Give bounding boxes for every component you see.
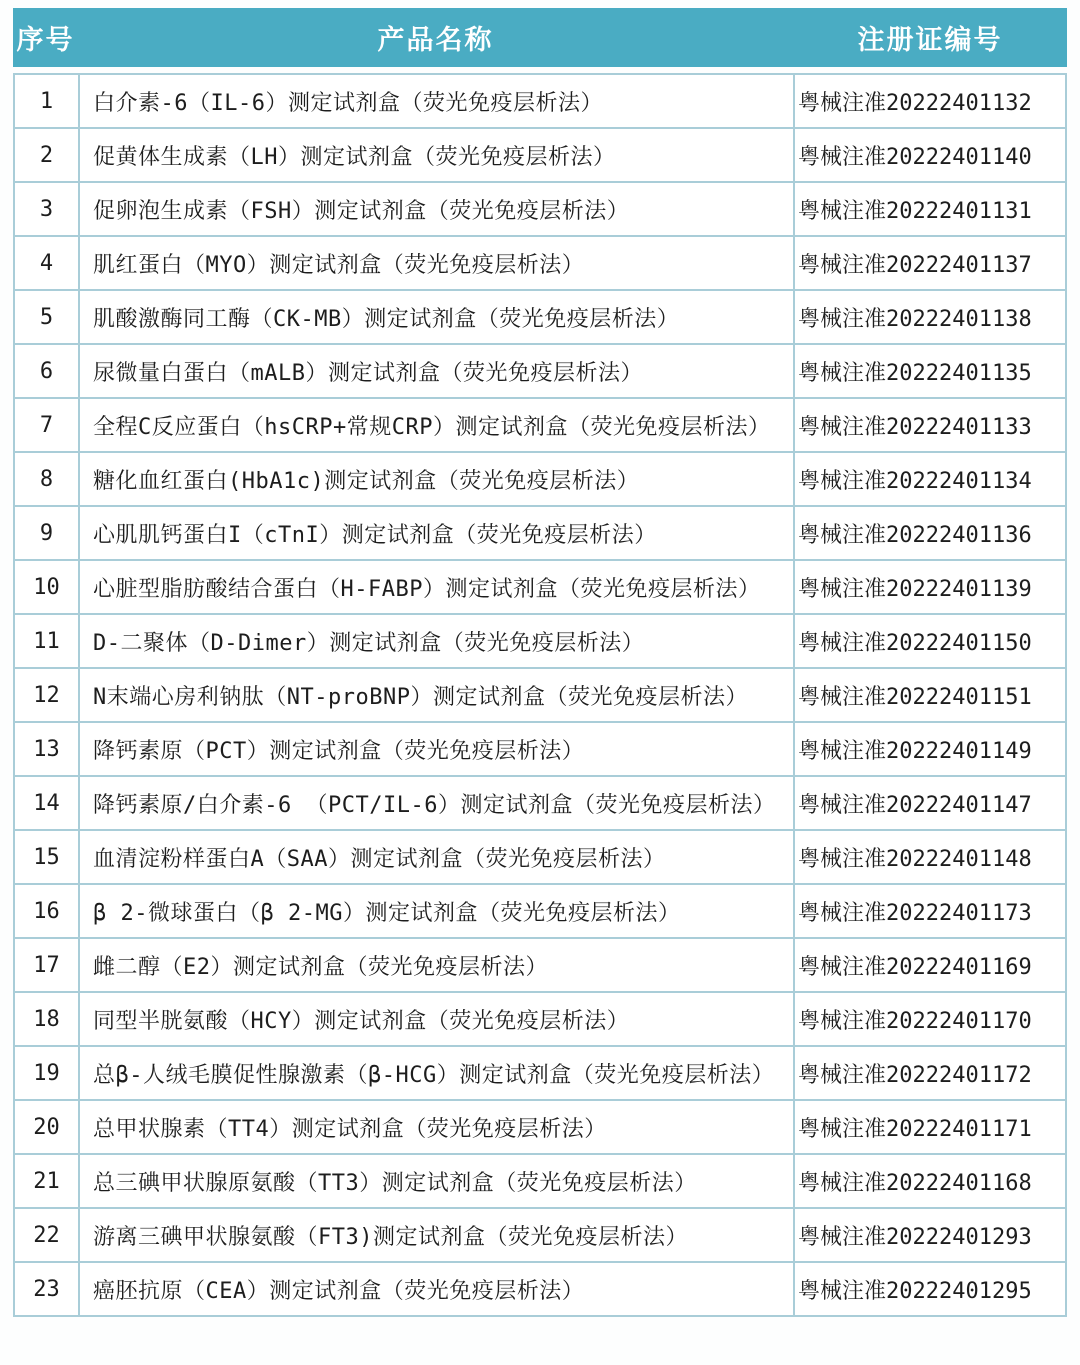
product-name-cell: 雌二醇（E2）测定试剂盒（荧光免疫层析法）: [79, 938, 794, 992]
row-number-cell: 15: [14, 830, 79, 884]
registration-no-cell: 粤械注准20222401168: [794, 1154, 1066, 1208]
table-row: 15 血清淀粉样蛋白A（SAA）测定试剂盒（荧光免疫层析法） 粤械注准20222…: [14, 830, 1066, 884]
row-number-cell: 16: [14, 884, 79, 938]
registration-no-cell: 粤械注准20222401149: [794, 722, 1066, 776]
row-number-cell: 11: [14, 614, 79, 668]
registration-no-cell: 粤械注准20222401132: [794, 74, 1066, 128]
row-number-cell: 13: [14, 722, 79, 776]
registration-no-cell: 粤械注准20222401140: [794, 128, 1066, 182]
product-registration-table: 序号 产品名称 注册证编号 1 白介素-6（IL-6）测定试剂盒（荧光免疫层析法…: [13, 8, 1067, 1317]
table-row: 16 β 2-微球蛋白（β 2-MG）测定试剂盒（荧光免疫层析法） 粤械注准20…: [14, 884, 1066, 938]
table-row: 6 尿微量白蛋白（mALB）测定试剂盒（荧光免疫层析法） 粤械注准2022240…: [14, 344, 1066, 398]
table-row: 11 D-二聚体（D-Dimer）测定试剂盒（荧光免疫层析法） 粤械注准2022…: [14, 614, 1066, 668]
registration-no-cell: 粤械注准20222401134: [794, 452, 1066, 506]
row-number-cell: 7: [14, 398, 79, 452]
column-header-reg: 注册证编号: [793, 8, 1067, 67]
registration-no-cell: 粤械注准20222401295: [794, 1262, 1066, 1316]
row-number-cell: 2: [14, 128, 79, 182]
product-name-cell: 总甲状腺素（TT4）测定试剂盒（荧光免疫层析法）: [79, 1100, 794, 1154]
table-row: 12 N末端心房利钠肽（NT-proBNP）测定试剂盒（荧光免疫层析法） 粤械注…: [14, 668, 1066, 722]
row-number-cell: 18: [14, 992, 79, 1046]
row-number-cell: 8: [14, 452, 79, 506]
table-row: 2 促黄体生成素（LH）测定试剂盒（荧光免疫层析法） 粤械注准202224011…: [14, 128, 1066, 182]
row-number-cell: 12: [14, 668, 79, 722]
registration-no-cell: 粤械注准20222401148: [794, 830, 1066, 884]
table-row: 20 总甲状腺素（TT4）测定试剂盒（荧光免疫层析法） 粤械注准20222401…: [14, 1100, 1066, 1154]
registration-no-cell: 粤械注准20222401150: [794, 614, 1066, 668]
registration-no-cell: 粤械注准20222401131: [794, 182, 1066, 236]
product-name-cell: 心脏型脂肪酸结合蛋白（H-FABP）测定试剂盒（荧光免疫层析法）: [79, 560, 794, 614]
table-row: 1 白介素-6（IL-6）测定试剂盒（荧光免疫层析法） 粤械注准20222401…: [14, 74, 1066, 128]
table-row: 17 雌二醇（E2）测定试剂盒（荧光免疫层析法） 粤械注准20222401169: [14, 938, 1066, 992]
table-row: 4 肌红蛋白（MYO）测定试剂盒（荧光免疫层析法） 粤械注准2022240113…: [14, 236, 1066, 290]
table-row: 9 心肌肌钙蛋白I（cTnI）测定试剂盒（荧光免疫层析法） 粤械注准202224…: [14, 506, 1066, 560]
row-number-cell: 3: [14, 182, 79, 236]
registration-no-cell: 粤械注准20222401173: [794, 884, 1066, 938]
row-number-cell: 14: [14, 776, 79, 830]
product-name-cell: N末端心房利钠肽（NT-proBNP）测定试剂盒（荧光免疫层析法）: [79, 668, 794, 722]
registration-no-cell: 粤械注准20222401135: [794, 344, 1066, 398]
product-name-cell: 癌胚抗原（CEA）测定试剂盒（荧光免疫层析法）: [79, 1262, 794, 1316]
product-name-cell: 心肌肌钙蛋白I（cTnI）测定试剂盒（荧光免疫层析法）: [79, 506, 794, 560]
table-header-row: 序号 产品名称 注册证编号: [13, 8, 1067, 67]
product-name-cell: 同型半胱氨酸（HCY）测定试剂盒（荧光免疫层析法）: [79, 992, 794, 1046]
row-number-cell: 21: [14, 1154, 79, 1208]
column-header-name: 产品名称: [78, 8, 793, 67]
row-number-cell: 22: [14, 1208, 79, 1262]
row-number-cell: 9: [14, 506, 79, 560]
registration-no-cell: 粤械注准20222401169: [794, 938, 1066, 992]
product-name-cell: 白介素-6（IL-6）测定试剂盒（荧光免疫层析法）: [79, 74, 794, 128]
registration-no-cell: 粤械注准20222401133: [794, 398, 1066, 452]
product-name-cell: D-二聚体（D-Dimer）测定试剂盒（荧光免疫层析法）: [79, 614, 794, 668]
registration-no-cell: 粤械注准20222401170: [794, 992, 1066, 1046]
product-name-cell: 总三碘甲状腺原氨酸（TT3）测定试剂盒（荧光免疫层析法）: [79, 1154, 794, 1208]
registration-no-cell: 粤械注准20222401171: [794, 1100, 1066, 1154]
row-number-cell: 17: [14, 938, 79, 992]
row-number-cell: 23: [14, 1262, 79, 1316]
product-name-cell: 降钙素原/白介素-6 （PCT/IL-6）测定试剂盒（荧光免疫层析法）: [79, 776, 794, 830]
registration-no-cell: 粤械注准20222401172: [794, 1046, 1066, 1100]
product-name-cell: 糖化血红蛋白(HbA1c)测定试剂盒（荧光免疫层析法）: [79, 452, 794, 506]
product-name-cell: 促卵泡生成素（FSH）测定试剂盒（荧光免疫层析法）: [79, 182, 794, 236]
product-name-cell: 全程C反应蛋白（hsCRP+常规CRP）测定试剂盒（荧光免疫层析法）: [79, 398, 794, 452]
product-name-cell: 游离三碘甲状腺氨酸（FT3)测定试剂盒（荧光免疫层析法）: [79, 1208, 794, 1262]
table-row: 7 全程C反应蛋白（hsCRP+常规CRP）测定试剂盒（荧光免疫层析法） 粤械注…: [14, 398, 1066, 452]
table-row: 10 心脏型脂肪酸结合蛋白（H-FABP）测定试剂盒（荧光免疫层析法） 粤械注准…: [14, 560, 1066, 614]
product-name-cell: 血清淀粉样蛋白A（SAA）测定试剂盒（荧光免疫层析法）: [79, 830, 794, 884]
column-header-no: 序号: [13, 8, 78, 67]
product-name-cell: 总β-人绒毛膜促性腺激素（β-HCG）测定试剂盒（荧光免疫层析法）: [79, 1046, 794, 1100]
registration-no-cell: 粤械注准20222401147: [794, 776, 1066, 830]
product-name-cell: 肌酸激酶同工酶（CK-MB）测定试剂盒（荧光免疫层析法）: [79, 290, 794, 344]
registration-no-cell: 粤械注准20222401138: [794, 290, 1066, 344]
row-number-cell: 6: [14, 344, 79, 398]
table-row: 19 总β-人绒毛膜促性腺激素（β-HCG）测定试剂盒（荧光免疫层析法） 粤械注…: [14, 1046, 1066, 1100]
registration-no-cell: 粤械注准20222401151: [794, 668, 1066, 722]
page: 序号 产品名称 注册证编号 1 白介素-6（IL-6）测定试剂盒（荧光免疫层析法…: [0, 0, 1080, 1365]
registration-no-cell: 粤械注准20222401137: [794, 236, 1066, 290]
registration-no-cell: 粤械注准20222401139: [794, 560, 1066, 614]
row-number-cell: 20: [14, 1100, 79, 1154]
product-name-cell: 尿微量白蛋白（mALB）测定试剂盒（荧光免疫层析法）: [79, 344, 794, 398]
table-row: 21 总三碘甲状腺原氨酸（TT3）测定试剂盒（荧光免疫层析法） 粤械注准2022…: [14, 1154, 1066, 1208]
row-number-cell: 19: [14, 1046, 79, 1100]
registration-no-cell: 粤械注准20222401136: [794, 506, 1066, 560]
table-row: 18 同型半胱氨酸（HCY）测定试剂盒（荧光免疫层析法） 粤械注准2022240…: [14, 992, 1066, 1046]
registration-no-cell: 粤械注准20222401293: [794, 1208, 1066, 1262]
table-body: 1 白介素-6（IL-6）测定试剂盒（荧光免疫层析法） 粤械注准20222401…: [14, 74, 1066, 1316]
product-name-cell: β 2-微球蛋白（β 2-MG）测定试剂盒（荧光免疫层析法）: [79, 884, 794, 938]
table-body-grid: 1 白介素-6（IL-6）测定试剂盒（荧光免疫层析法） 粤械注准20222401…: [13, 73, 1067, 1317]
row-number-cell: 10: [14, 560, 79, 614]
table-row: 14 降钙素原/白介素-6 （PCT/IL-6）测定试剂盒（荧光免疫层析法） 粤…: [14, 776, 1066, 830]
table-row: 8 糖化血红蛋白(HbA1c)测定试剂盒（荧光免疫层析法） 粤械注准202224…: [14, 452, 1066, 506]
table-row: 23 癌胚抗原（CEA）测定试剂盒（荧光免疫层析法） 粤械注准202224012…: [14, 1262, 1066, 1316]
product-name-cell: 降钙素原（PCT）测定试剂盒（荧光免疫层析法）: [79, 722, 794, 776]
row-number-cell: 5: [14, 290, 79, 344]
table-row: 13 降钙素原（PCT）测定试剂盒（荧光免疫层析法） 粤械注准202224011…: [14, 722, 1066, 776]
table-row: 3 促卵泡生成素（FSH）测定试剂盒（荧光免疫层析法） 粤械注准20222401…: [14, 182, 1066, 236]
product-name-cell: 肌红蛋白（MYO）测定试剂盒（荧光免疫层析法）: [79, 236, 794, 290]
row-number-cell: 1: [14, 74, 79, 128]
product-name-cell: 促黄体生成素（LH）测定试剂盒（荧光免疫层析法）: [79, 128, 794, 182]
table-row: 5 肌酸激酶同工酶（CK-MB）测定试剂盒（荧光免疫层析法） 粤械注准20222…: [14, 290, 1066, 344]
table-row: 22 游离三碘甲状腺氨酸（FT3)测定试剂盒（荧光免疫层析法） 粤械注准2022…: [14, 1208, 1066, 1262]
row-number-cell: 4: [14, 236, 79, 290]
